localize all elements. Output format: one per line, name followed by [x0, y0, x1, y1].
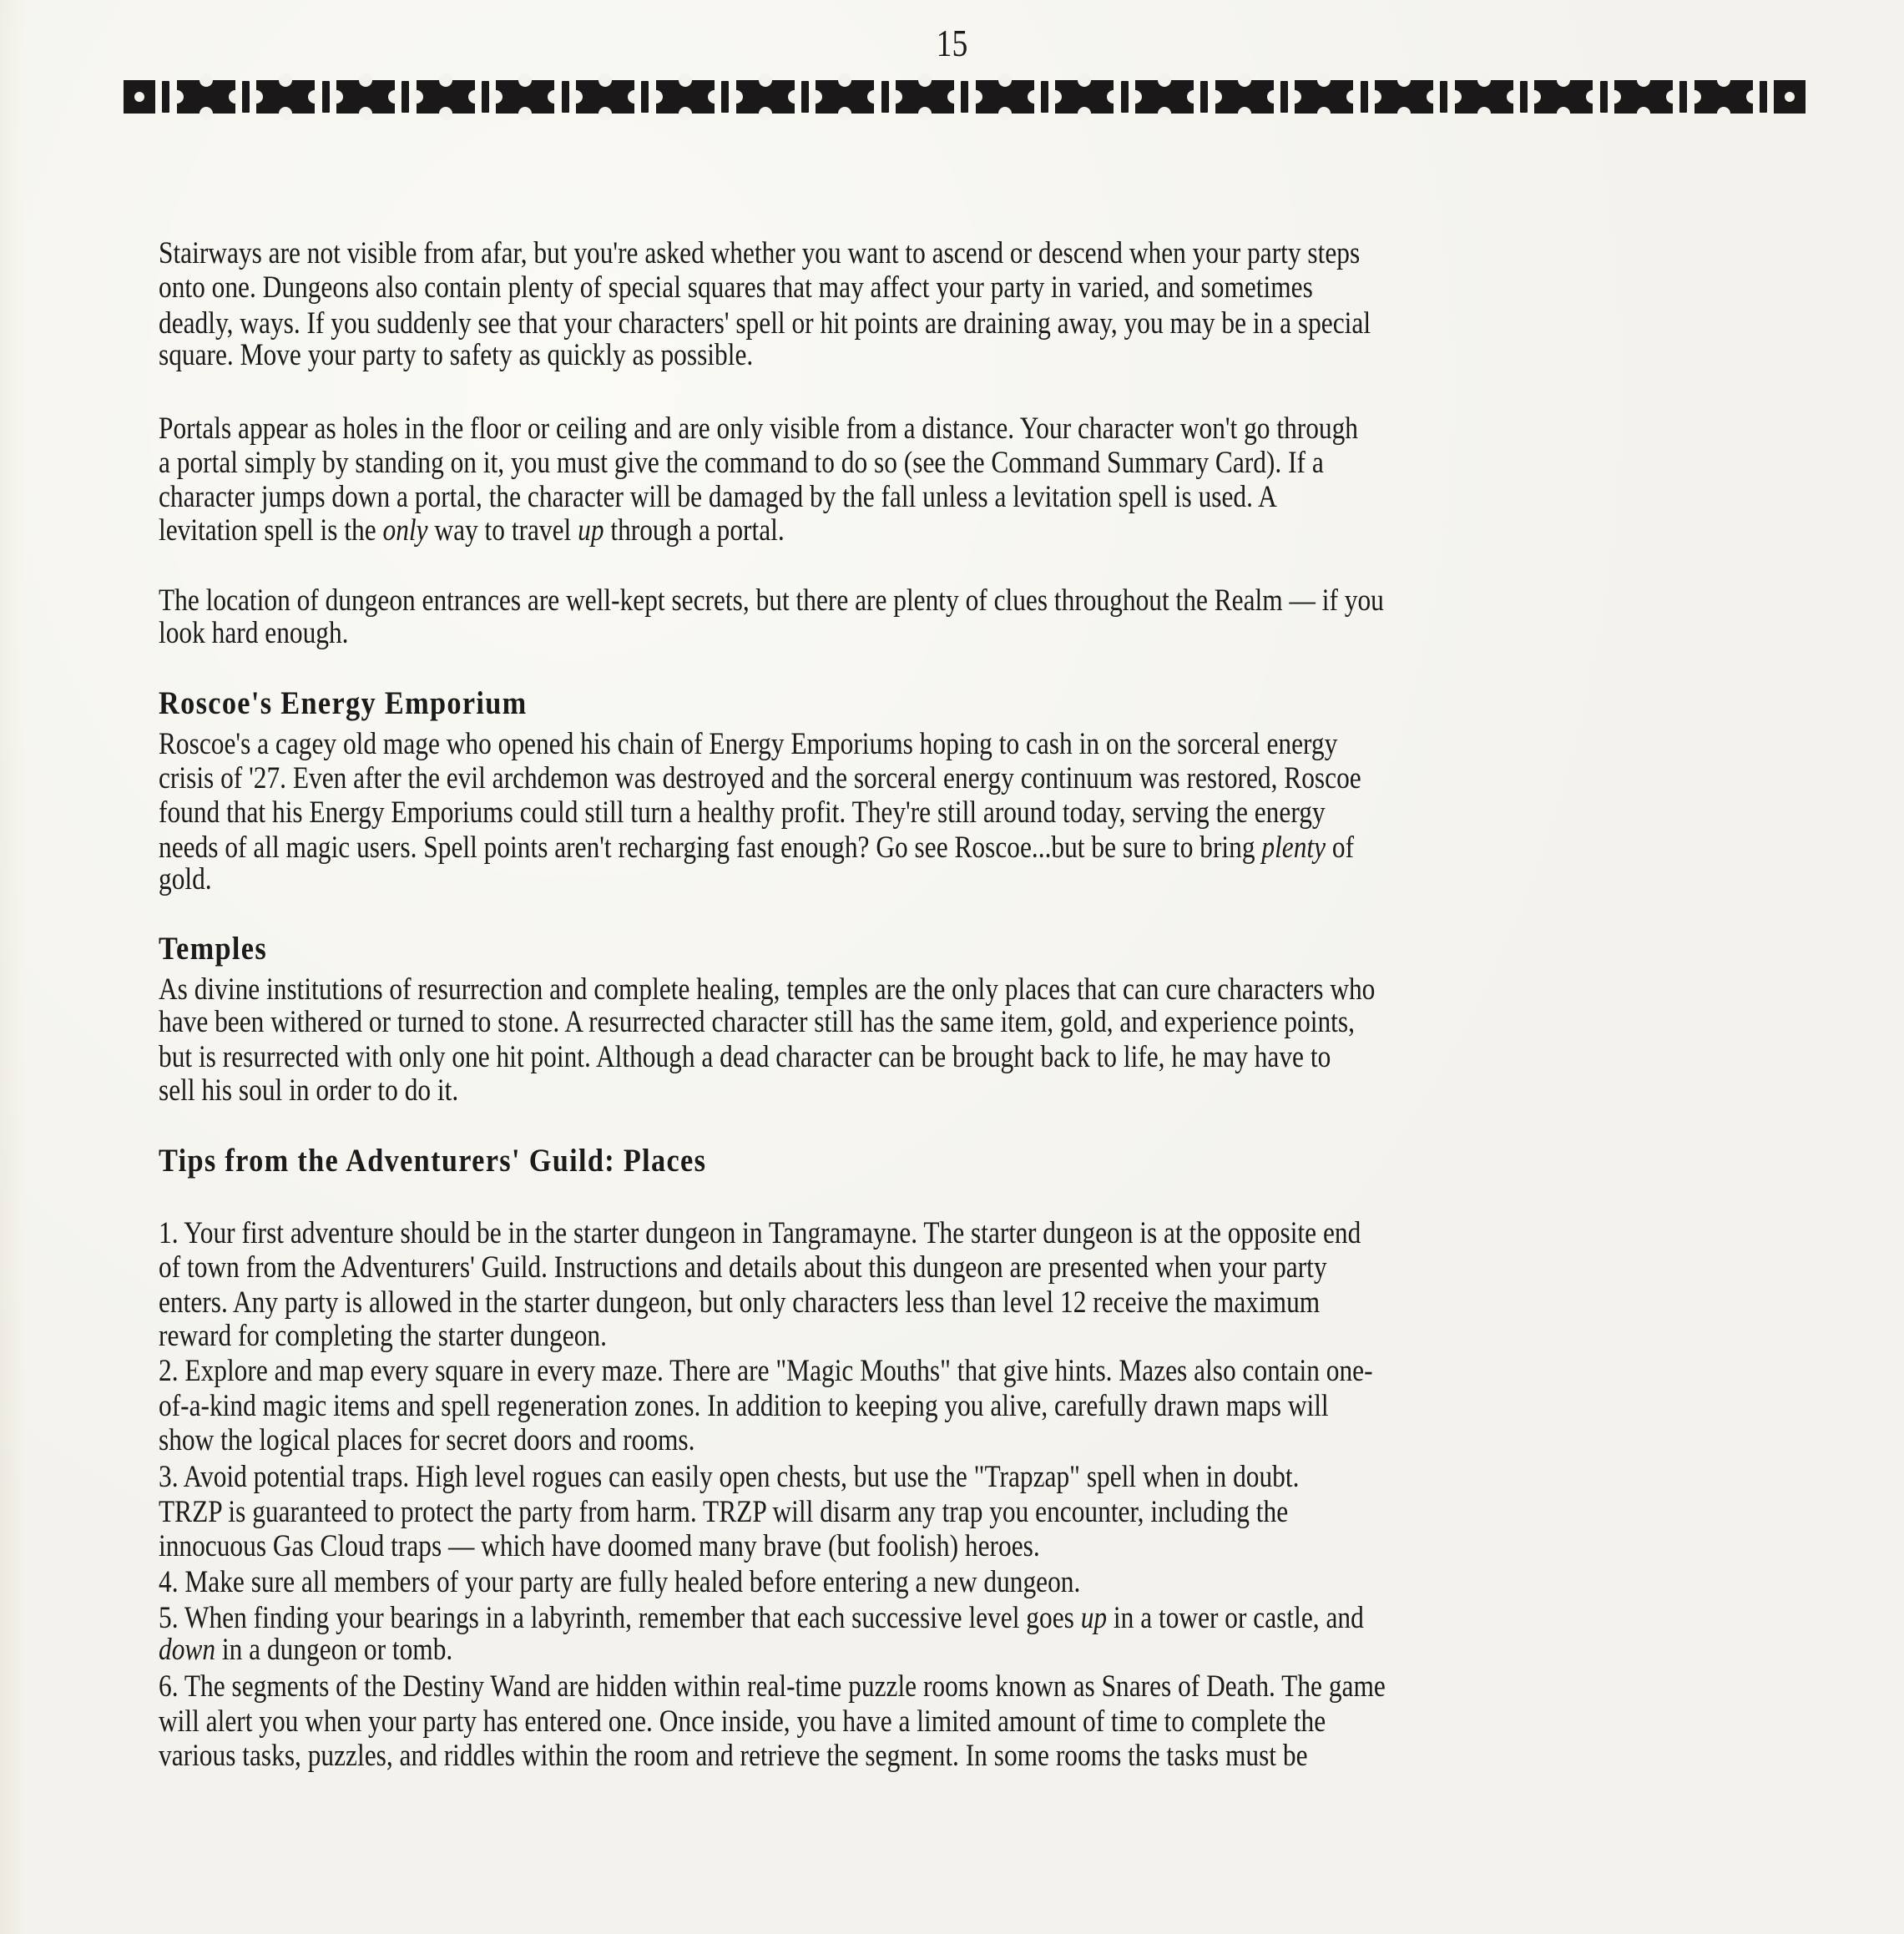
text-run: Portals appear as holes in the floor or … — [159, 411, 1358, 445]
text-run: found that his Energy Emporiums could st… — [159, 795, 1326, 829]
border-separator — [1440, 81, 1447, 113]
text-run: of-a-kind magic items and spell regenera… — [159, 1388, 1329, 1422]
text-run: square. Move your party to safety as qui… — [159, 337, 753, 371]
text-run: Stairways are not visible from afar, but… — [159, 235, 1360, 270]
border-separator — [242, 81, 250, 113]
text-run: gold. — [159, 861, 212, 896]
emphasized-text: down — [159, 1632, 215, 1666]
tips-list-line: will alert you when your party has enter… — [159, 1704, 1326, 1738]
border-end-cap-icon — [124, 80, 155, 114]
border-separator — [801, 81, 809, 113]
border-x-ornament-icon — [576, 80, 634, 114]
roscoe-paragraph-line: gold. — [159, 862, 212, 896]
text-run: innocuous Gas Cloud traps — which have d… — [159, 1528, 1040, 1563]
roscoe-paragraph-line: Roscoe's a cagey old mage who opened his… — [159, 727, 1337, 760]
border-x-ornament-icon — [1614, 80, 1673, 114]
border-x-ornament-icon — [496, 80, 554, 114]
temples-paragraph-line: As divine institutions of resurrection a… — [159, 972, 1375, 1006]
border-separator — [1121, 81, 1129, 113]
border-x-ornament-icon — [896, 80, 954, 114]
stairways-paragraph-line: Stairways are not visible from afar, but… — [159, 236, 1360, 270]
text-run: show the logical places for secret doors… — [159, 1422, 694, 1457]
text-run: look hard enough. — [159, 615, 349, 649]
border-x-ornament-icon — [816, 80, 874, 114]
border-x-ornament-icon — [1694, 80, 1753, 114]
tips-list-line: 6. The segments of the Destiny Wand are … — [159, 1669, 1386, 1703]
text-run: through a portal. — [604, 513, 785, 547]
text-run: various tasks, puzzles, and riddles with… — [159, 1738, 1308, 1772]
text-run: 5. When finding your bearings in a labyr… — [159, 1600, 1081, 1634]
text-run: character jumps down a portal, the chara… — [159, 479, 1277, 513]
tips-list-line: of town from the Adventurers' Guild. Ins… — [159, 1250, 1327, 1284]
roscoe-paragraph-line: found that his Energy Emporiums could st… — [159, 795, 1326, 829]
text-run: TRZP is guaranteed to protect the party … — [159, 1494, 1288, 1528]
border-separator — [1600, 81, 1608, 113]
border-x-ornament-icon — [1215, 80, 1274, 114]
text-run: 6. The segments of the Destiny Wand are … — [159, 1669, 1386, 1703]
border-x-ornament-icon — [177, 80, 235, 114]
text-run: levitation spell is the — [159, 513, 383, 547]
border-separator — [1520, 81, 1528, 113]
temples-paragraph-line: have been withered or turned to stone. A… — [159, 1005, 1355, 1038]
tips-list-line: reward for completing the starter dungeo… — [159, 1319, 607, 1352]
stairways-paragraph-line: square. Move your party to safety as qui… — [159, 338, 753, 371]
text-run: of town from the Adventurers' Guild. Ins… — [159, 1250, 1327, 1284]
border-separator — [961, 81, 968, 113]
emphasized-text: plenty — [1261, 830, 1326, 864]
text-run: needs of all magic users. Spell points a… — [159, 830, 1261, 864]
border-x-ornament-icon — [976, 80, 1034, 114]
border-x-ornament-icon — [336, 80, 395, 114]
border-end-cap-icon — [1774, 80, 1806, 114]
border-separator — [162, 81, 169, 113]
border-x-ornament-icon — [1055, 80, 1114, 114]
border-separator — [1679, 81, 1687, 113]
tips-list-line: 2. Explore and map every square in every… — [159, 1354, 1373, 1387]
border-x-ornament-icon — [736, 80, 795, 114]
roscoe-paragraph-line: crisis of '27. Even after the evil archd… — [159, 761, 1361, 795]
emphasized-text: only — [383, 513, 428, 547]
stairways-paragraph-line: deadly, ways. If you suddenly see that y… — [159, 306, 1371, 340]
decorative-border — [124, 80, 1806, 114]
text-run: a portal simply by standing on it, you m… — [159, 445, 1324, 479]
tips-list-line: 3. Avoid potential traps. High level rog… — [159, 1460, 1299, 1493]
emphasized-text: up — [1081, 1600, 1107, 1634]
border-separator — [1200, 81, 1208, 113]
text-run: enters. Any party is allowed in the star… — [159, 1285, 1320, 1319]
tips-list-line: of-a-kind magic items and spell regenera… — [159, 1389, 1329, 1422]
border-separator — [1041, 81, 1048, 113]
border-x-ornament-icon — [656, 80, 715, 114]
heading-temples: Temples — [159, 931, 267, 967]
border-x-ornament-icon — [417, 80, 475, 114]
border-x-ornament-icon — [1534, 80, 1593, 114]
portals-paragraph-line: character jumps down a portal, the chara… — [159, 480, 1277, 513]
text-run: 2. Explore and map every square in every… — [159, 1353, 1373, 1387]
text-run: in a tower or castle, and — [1107, 1600, 1364, 1634]
text-run: but is resurrected with only one hit poi… — [159, 1039, 1331, 1073]
tips-list-line: show the logical places for secret doors… — [159, 1423, 694, 1457]
dungeon-entrances-paragraph-line: look hard enough. — [159, 616, 349, 649]
border-separator — [641, 81, 649, 113]
border-separator — [881, 81, 889, 113]
tips-list-line: various tasks, puzzles, and riddles with… — [159, 1739, 1308, 1772]
heading-tips-places: Tips from the Adventurers' Guild: Places — [159, 1143, 706, 1179]
text-run: Roscoe's a cagey old mage who opened his… — [159, 726, 1337, 760]
roscoe-paragraph-line: needs of all magic users. Spell points a… — [159, 831, 1354, 864]
border-separator — [721, 81, 729, 113]
dungeon-entrances-paragraph-line: The location of dungeon entrances are we… — [159, 583, 1384, 617]
border-separator — [402, 81, 409, 113]
emphasized-text: up — [578, 513, 604, 547]
border-separator — [1361, 81, 1368, 113]
text-run: will alert you when your party has enter… — [159, 1704, 1326, 1738]
tips-list-line: down in a dungeon or tomb. — [159, 1633, 452, 1666]
text-run: 4. Make sure all members of your party a… — [159, 1564, 1080, 1598]
tips-list-line: 5. When finding your bearings in a labyr… — [159, 1601, 1364, 1634]
temples-paragraph-line: but is resurrected with only one hit poi… — [159, 1040, 1331, 1073]
temples-paragraph-line: sell his soul in order to do it. — [159, 1073, 458, 1107]
text-run: The location of dungeon entrances are we… — [159, 583, 1384, 617]
border-separator — [1280, 81, 1288, 113]
text-run: 1. Your first adventure should be in the… — [159, 1215, 1361, 1250]
tips-list-line: enters. Any party is allowed in the star… — [159, 1285, 1320, 1319]
border-x-ornament-icon — [256, 80, 315, 114]
tips-list-line: 4. Make sure all members of your party a… — [159, 1565, 1080, 1598]
text-run: 3. Avoid potential traps. High level rog… — [159, 1459, 1299, 1493]
portals-paragraph-line: a portal simply by standing on it, you m… — [159, 446, 1324, 479]
text-run: of — [1326, 830, 1354, 864]
text-run: sell his soul in order to do it. — [159, 1073, 458, 1107]
heading-roscoes-energy-emporium: Roscoe's Energy Emporium — [159, 685, 528, 722]
border-separator — [482, 81, 489, 113]
text-run: onto one. Dungeons also contain plenty o… — [159, 270, 1313, 304]
text-run: in a dungeon or tomb. — [215, 1632, 452, 1666]
border-x-ornament-icon — [1375, 80, 1433, 114]
border-x-ornament-icon — [1135, 80, 1194, 114]
page-number: 15 — [171, 22, 1732, 65]
stairways-paragraph-line: onto one. Dungeons also contain plenty o… — [159, 270, 1313, 304]
text-run: As divine institutions of resurrection a… — [159, 972, 1375, 1006]
text-run: deadly, ways. If you suddenly see that y… — [159, 306, 1371, 340]
border-separator — [562, 81, 569, 113]
portals-paragraph-line: Portals appear as holes in the floor or … — [159, 412, 1358, 445]
tips-list-line: innocuous Gas Cloud traps — which have d… — [159, 1529, 1040, 1563]
border-x-ornament-icon — [1455, 80, 1513, 114]
text-run: have been withered or turned to stone. A… — [159, 1004, 1355, 1038]
border-x-ornament-icon — [1295, 80, 1353, 114]
border-separator — [1760, 81, 1767, 113]
text-run: reward for completing the starter dungeo… — [159, 1318, 607, 1352]
portals-paragraph-line: levitation spell is the only way to trav… — [159, 513, 785, 547]
text-run: crisis of '27. Even after the evil archd… — [159, 760, 1361, 795]
text-run: way to travel — [428, 513, 578, 547]
tips-list-line: 1. Your first adventure should be in the… — [159, 1216, 1361, 1250]
tips-list-line: TRZP is guaranteed to protect the party … — [159, 1495, 1288, 1528]
border-separator — [322, 81, 330, 113]
